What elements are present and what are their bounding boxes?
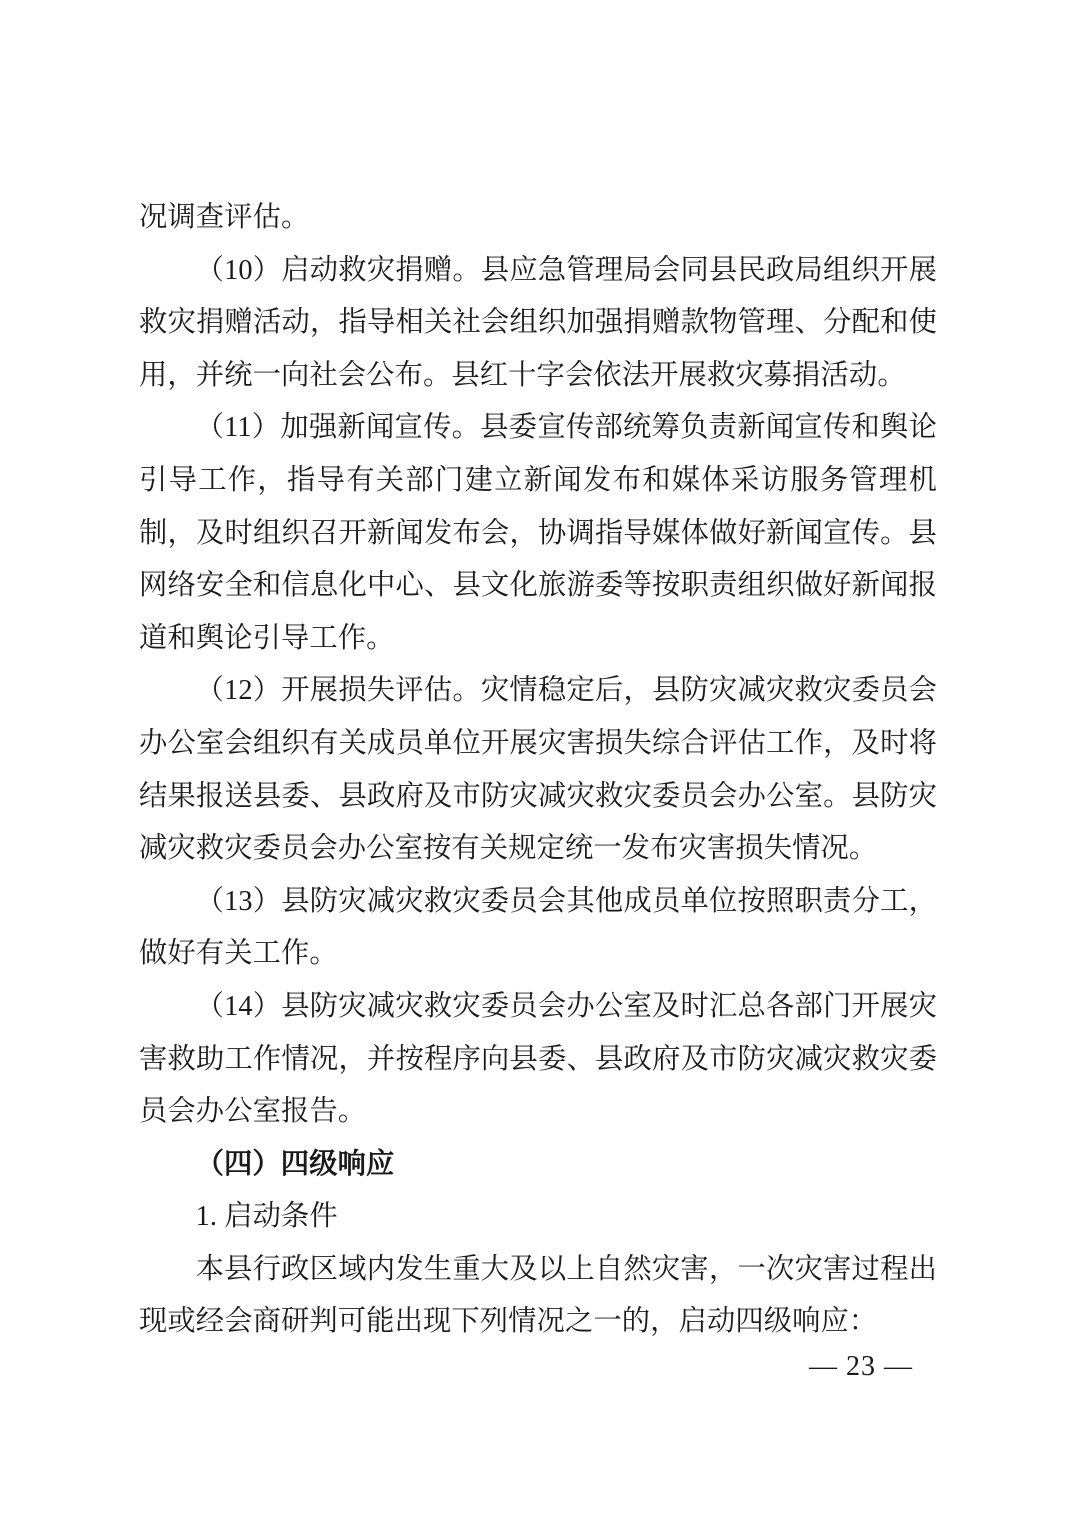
paragraph-item-14: （14）县防灾减灾救灾委员会办公室及时汇总各部门开展灾害救助工作情况，并按程序向… (139, 981, 937, 1139)
page-number: — 23 — (809, 1352, 913, 1382)
paragraph-item-10: （10）启动救灾捐赠。县应急管理局会同县民政局组织开展救灾捐赠活动，指导相关社会… (139, 245, 937, 403)
section-heading: （四）四级响应 (139, 1139, 937, 1192)
paragraph-continuation: 况调查评估。 (139, 192, 937, 245)
document-page: 况调查评估。 （10）启动救灾捐赠。县应急管理局会同县民政局组织开展救灾捐赠活动… (0, 0, 1074, 1520)
paragraph-body: 本县行政区域内发生重大及以上自然灾害，一次灾害过程出现或经会商研判可能出现下列情… (139, 1244, 937, 1349)
document-text-block: 况调查评估。 （10）启动救灾捐赠。县应急管理局会同县民政局组织开展救灾捐赠活动… (139, 192, 937, 1349)
paragraph-item-13: （13）县防灾减灾救灾委员会其他成员单位按照职责分工，做好有关工作。 (139, 876, 937, 981)
paragraph-item-11: （11）加强新闻宣传。县委宣传部统筹负责新闻宣传和舆论引导工作，指导有关部门建立… (139, 402, 937, 665)
paragraph-item-12: （12）开展损失评估。灾情稳定后，县防灾减灾救灾委员会办公室会组织有关成员单位开… (139, 665, 937, 875)
subsection-heading: 1. 启动条件 (139, 1191, 937, 1244)
